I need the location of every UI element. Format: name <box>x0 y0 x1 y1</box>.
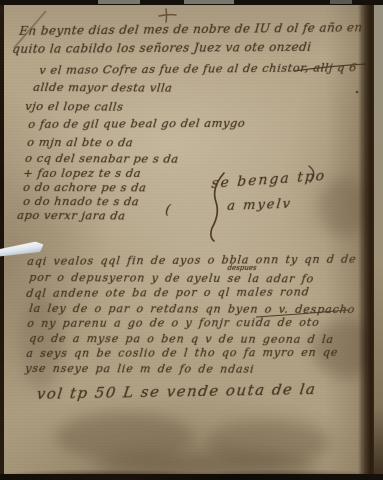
heading-line: quito la cabildo los señores Juez va ote… <box>12 40 312 56</box>
paragraph-line: dql andene ote ba de por o ql males rond <box>26 286 311 300</box>
paragraph-line: qo de a myse pa o ben q v de un geona d … <box>29 332 335 346</box>
entry-line: o mjn al bte o da <box>26 135 134 149</box>
entry-line: o cq del senabar pe s da <box>24 151 179 166</box>
entry-line: v el maso Cofre as fue de fue al de chis… <box>39 60 358 77</box>
adjacent-page-edge <box>374 0 383 480</box>
paragraph-line: a seys qn be coslio de l tho qo fa myro … <box>26 346 339 360</box>
entry-line: o do hnado te s da <box>22 194 140 208</box>
scan-edge-patch <box>184 0 234 4</box>
entry-line: o fao de gil que beal go del amygo <box>28 116 246 131</box>
paragraph-line: yse nseye pa lie m de fo de ndasi <box>25 362 256 376</box>
page-groove-right <box>358 0 375 480</box>
paragraph-line: por o depusyeron y de ayelu se la adar f… <box>29 271 315 285</box>
scan-edge-patch <box>330 0 352 4</box>
entry-line: + fao lopez te s da <box>23 166 142 180</box>
paragraph-line: aqi vealos qql fin de ayos o bbla onn ty… <box>27 253 357 268</box>
entry-line: apo verxr jara da <box>16 208 126 223</box>
manuscript-photo: En beynte dias del mes de nobre de IU d … <box>0 0 383 480</box>
margin-note-line: a myelv <box>226 197 292 214</box>
entry-line: o do achore pe s da <box>22 180 147 194</box>
binding-edge-left <box>0 0 4 480</box>
scan-edge-bottom <box>0 474 383 480</box>
scan-edge-patch <box>98 0 140 4</box>
paragraph-line: o ny parenu a go de o y fonjr cuida de o… <box>27 316 321 330</box>
interlinear-note: despues <box>227 264 257 272</box>
entry-line: allde mayor desta vlla <box>32 80 173 95</box>
paragraph-line: la ley de o par o retdans qn byen o v. d… <box>29 302 356 316</box>
entry-line: vjo el lope calls <box>24 99 124 114</box>
